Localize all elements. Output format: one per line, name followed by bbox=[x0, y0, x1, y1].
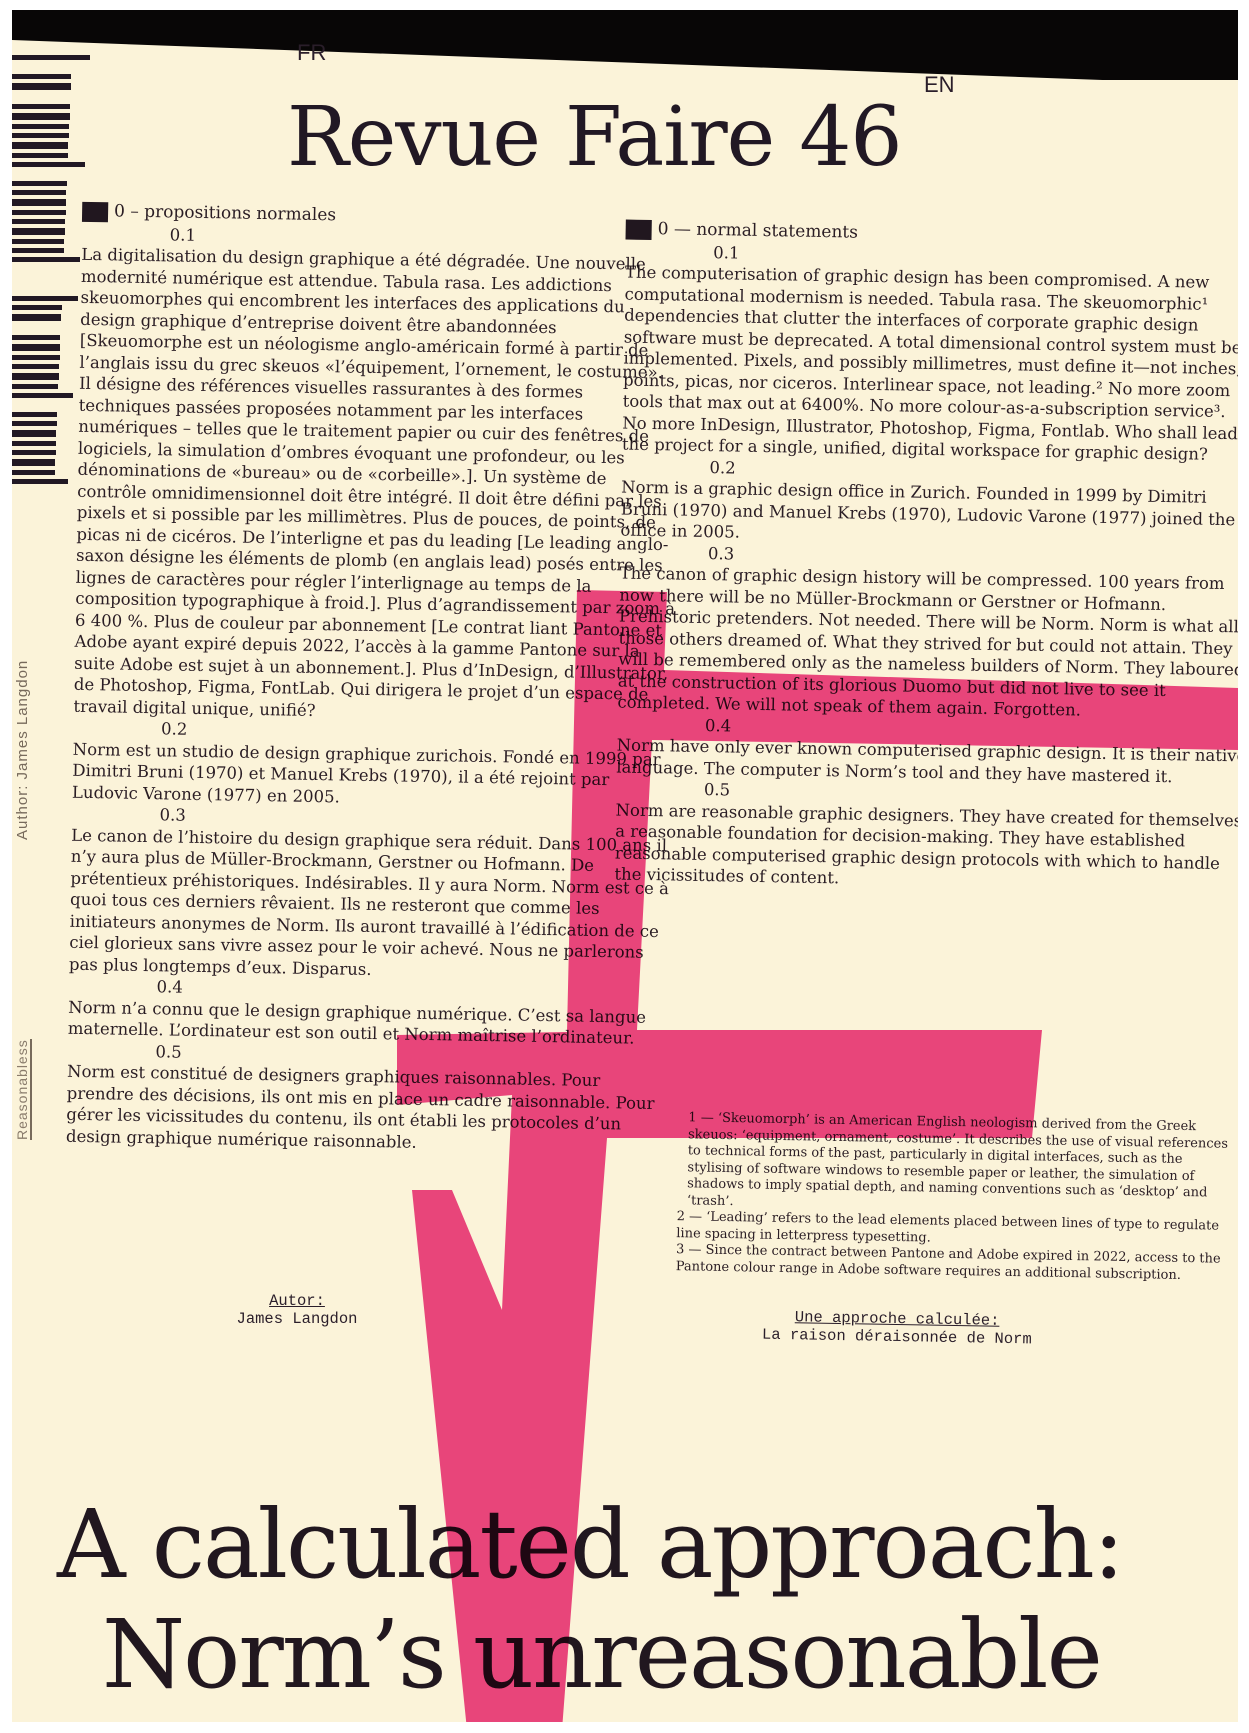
paragraph-text: La digitalisation du design graphique a … bbox=[73, 244, 681, 727]
magazine-cover: Author: James Langdon Reasonabless FR EN… bbox=[12, 10, 1238, 1722]
barcode-bar bbox=[12, 210, 66, 215]
author-label: Autor: bbox=[207, 1292, 387, 1310]
barcode-bar bbox=[12, 181, 67, 186]
barcode-bar bbox=[12, 113, 70, 120]
spine-series: Reasonabless bbox=[14, 1039, 32, 1140]
barcode-bar bbox=[12, 228, 65, 235]
barcode-bar bbox=[12, 74, 71, 79]
paragraph-text: The computerisation of graphic design ha… bbox=[622, 262, 1238, 466]
square-bullet-icon bbox=[626, 219, 652, 239]
paragraph-text: Le canon de l’histoire du design graphiq… bbox=[69, 824, 672, 985]
section-label-fr: 0 – propositions normales bbox=[114, 201, 336, 226]
barcode-bar bbox=[12, 384, 58, 389]
barcode-bar bbox=[12, 124, 69, 129]
barcode-bar bbox=[12, 441, 56, 446]
french-column: 0 – propositions normales 0.1La digitali… bbox=[66, 201, 682, 1157]
barcode-bar bbox=[12, 393, 73, 398]
barcode-bar bbox=[12, 412, 57, 417]
barcode-bar bbox=[12, 430, 56, 437]
paragraph-text: Norm est constitué de designers graphiqu… bbox=[66, 1061, 667, 1157]
barcode-bar bbox=[12, 83, 71, 90]
spine-author: Author: James Langdon bbox=[14, 660, 31, 840]
barcode-bar bbox=[12, 55, 90, 60]
barcode-bar bbox=[12, 344, 60, 351]
barcode-bar bbox=[12, 162, 85, 167]
barcode-bar bbox=[12, 266, 63, 272]
barcode-bar bbox=[12, 335, 60, 340]
author-credit: Autor: James Langdon bbox=[207, 1292, 387, 1328]
barcode-bar bbox=[12, 248, 64, 253]
footnotes: 1 — ‘Skeuomorph’ is an American English … bbox=[676, 1110, 1238, 1285]
barcode-bar bbox=[12, 470, 55, 475]
barcode-bar bbox=[12, 459, 55, 466]
barcode-bar bbox=[12, 355, 60, 360]
magazine-title: Revue Faire 46 bbox=[287, 90, 902, 185]
barcode-bar bbox=[12, 325, 61, 331]
headline-line-2: Norm’s unreasonable bbox=[102, 1600, 1168, 1710]
barcode-bar bbox=[12, 94, 70, 100]
barcode-bar bbox=[12, 479, 68, 484]
barcode-bar bbox=[12, 104, 70, 109]
square-bullet-icon bbox=[82, 202, 108, 222]
barcode-bar bbox=[12, 219, 65, 224]
barcode-bar bbox=[12, 257, 80, 262]
english-column: 0 — normal statements 0.1The computerisa… bbox=[614, 219, 1238, 896]
lang-label-fr: FR bbox=[297, 40, 326, 66]
barcode-bar bbox=[12, 373, 59, 380]
paragraph-text: Norm est un studio de design graphique z… bbox=[72, 738, 673, 813]
french-title-credit: Une approche calculée: La raison déraiso… bbox=[732, 1307, 1063, 1349]
barcode-bar bbox=[12, 190, 66, 195]
barcode-bar bbox=[12, 314, 61, 321]
barcode-bar bbox=[12, 296, 78, 301]
barcode-bar bbox=[12, 276, 63, 282]
barcode-bar bbox=[12, 199, 66, 206]
barcode-bar bbox=[12, 142, 68, 149]
barcode-bar bbox=[12, 402, 58, 408]
paragraph-text: Norm is a graphic design office in Zuric… bbox=[620, 477, 1238, 552]
barcode-bar bbox=[12, 305, 62, 310]
author-name: James Langdon bbox=[207, 1310, 387, 1328]
barcode-bar bbox=[12, 286, 62, 292]
headline-line-1: A calculated approach: bbox=[57, 1490, 1123, 1600]
barcode-bar bbox=[12, 364, 59, 369]
barcode-bar bbox=[12, 133, 69, 138]
barcode-bar bbox=[12, 450, 56, 455]
paragraph-text: Norm are reasonable graphic designers. T… bbox=[614, 799, 1238, 896]
lang-label-en: EN bbox=[924, 72, 955, 98]
footnote-1: 1 — ‘Skeuomorph’ is an American English … bbox=[677, 1110, 1238, 1219]
barcode-bar bbox=[12, 153, 68, 158]
paragraph-text: The canon of graphic design history will… bbox=[617, 563, 1238, 724]
headline: A calculated approach: Norm’s unreasonab… bbox=[57, 1490, 1123, 1710]
barcode-bar bbox=[12, 239, 64, 244]
barcode-bar bbox=[12, 171, 67, 177]
barcode-bar bbox=[12, 421, 57, 426]
section-label-en: 0 — normal statements bbox=[657, 219, 858, 244]
barcode-bar bbox=[12, 64, 72, 70]
